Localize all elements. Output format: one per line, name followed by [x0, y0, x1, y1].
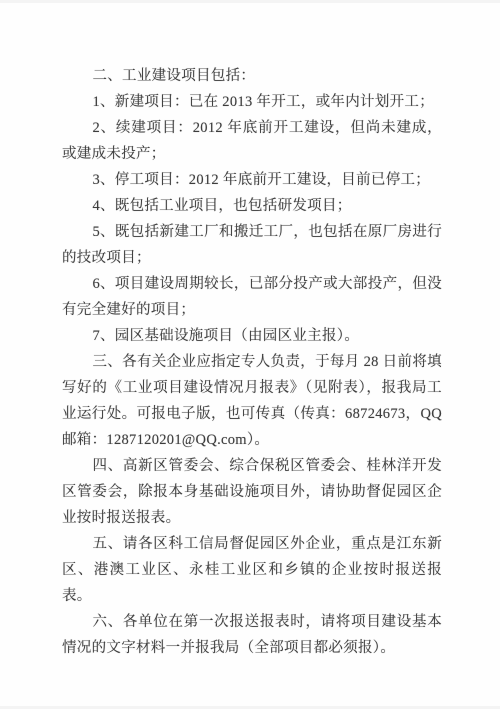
list-item-5-factories: 5、既包括新建工厂和搬迁工厂，也包括在原厂房进行的技改项目； [62, 219, 442, 271]
document-page: 二、工业建设项目包括： 1、新建项目：已在 2013 年开工，或年内计划开工； … [0, 0, 500, 709]
scan-edge-top [0, 0, 500, 3]
section-4-management-committees: 四、高新区管委会、综合保税区管委会、桂林洋开发区管委会，除报本身基础设施项目外，… [62, 453, 442, 531]
list-item-3-halted-projects: 3、停工项目：2012 年底前开工建设，目前已停工； [62, 167, 442, 193]
list-item-6-long-cycle: 6、项目建设周期较长，已部分投产或大部投产，但没有完全建好的项目； [62, 271, 442, 323]
section-6-first-submission: 六、各单位在第一次报送报表时，请将项目建设基本情况的文字材料一并报我局（全部项目… [62, 609, 442, 661]
list-item-7-park-infrastructure: 7、园区基础设施项目（由园区业主报）。 [62, 323, 442, 349]
list-item-1-new-projects: 1、新建项目：已在 2013 年开工，或年内计划开工； [62, 89, 442, 115]
list-item-4-industrial-rnd: 4、既包括工业项目，也包括研发项目； [62, 193, 442, 219]
section-heading-2: 二、工业建设项目包括： [62, 63, 442, 89]
list-item-2-continued-projects: 2、续建项目：2012 年底前开工建设，但尚未建成，或建成未投产； [62, 115, 442, 167]
section-5-district-bureaus: 五、请各区科工信局督促园区外企业，重点是江东新区、港澳工业区、永桂工业区和乡镇的… [62, 531, 442, 609]
section-3-reporting-requirements: 三、各有关企业应指定专人负责，于每月 28 日前将填写好的《工业项目建设情况月报… [62, 349, 442, 453]
